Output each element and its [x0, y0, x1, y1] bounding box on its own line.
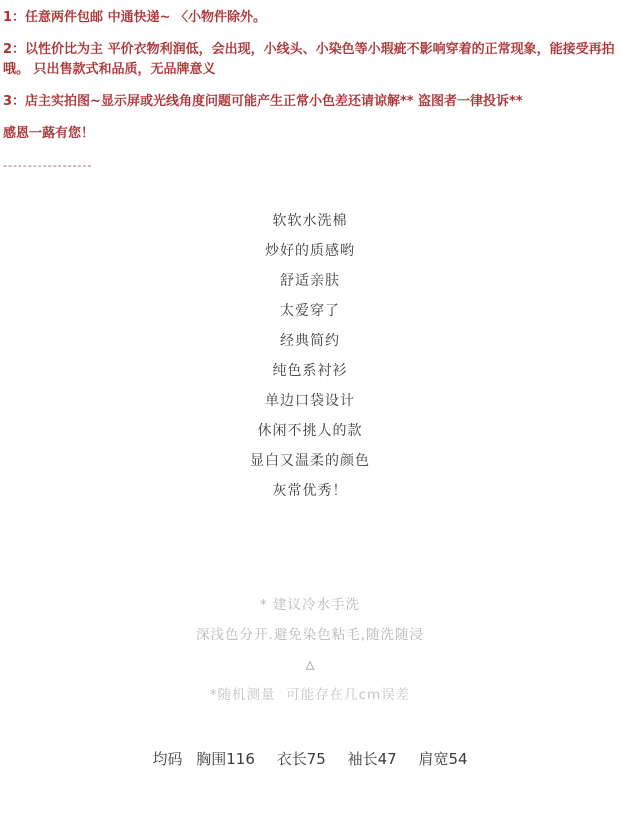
description-line-excellent: 灰常优秀！ — [0, 476, 620, 506]
seller-notice-thanks: 感恩一蕗有您！ — [3, 124, 617, 144]
description-line-casual: 休闲不挑人的款 — [0, 416, 620, 446]
description-line-comfort: 舒适亲肤 — [0, 266, 620, 296]
care-wash-line: * 建议冷水手洗 — [0, 590, 620, 620]
product-detail-page: 1：任意两件包邮 中通快递~ 〈小物件除外。 2：以性价比为主 平价衣物利润低，… — [0, 0, 620, 770]
care-separate-line: 深浅色分开.避免染色粘毛,随洗随浸 — [0, 620, 620, 650]
size-label: 均码 — [152, 750, 182, 768]
seller-notice-color-difference: 3：店主实拍图~显示屏或光线角度问题可能产生正常小色差还请谅解** 盗图者一律投… — [3, 92, 617, 112]
size-measurements: 均码 胸围116 衣长75 袖长47 肩宽54 — [0, 748, 620, 770]
seller-notice-quality: 2：以性价比为主 平价衣物利润低，会出现，小线头、小染色等小瑕疵不影响穿着的正常… — [3, 40, 617, 80]
description-line-fabric: 软软水洗棉 — [0, 206, 620, 236]
description-line-color-tone: 显白又温柔的颜色 — [0, 446, 620, 476]
description-line-pocket: 单边口袋设计 — [0, 386, 620, 416]
size-chest: 胸围116 — [196, 750, 255, 768]
seller-notice-section: 1：任意两件包邮 中通快递~ 〈小物件除外。 2：以性价比为主 平价衣物利润低，… — [0, 0, 620, 176]
care-instructions-section: * 建议冷水手洗 深浅色分开.避免染色粘毛,随洗随浸 △ *随机测量 可能存在几… — [0, 590, 620, 710]
size-shoulder: 肩宽54 — [418, 750, 467, 768]
product-description-section: 软软水洗棉 炒好的质感哟 舒适亲肤 太爱穿了 经典简约 纯色系衬衫 单边口袋设计… — [0, 206, 620, 506]
description-line-texture: 炒好的质感哟 — [0, 236, 620, 266]
description-line-solid-color: 纯色系衬衫 — [0, 356, 620, 386]
size-length: 衣长75 — [277, 750, 326, 768]
size-sleeve: 袖长47 — [348, 750, 397, 768]
dashed-divider: ------------------ — [3, 156, 617, 176]
triangle-icon: △ — [0, 650, 620, 680]
seller-notice-shipping: 1：任意两件包邮 中通快递~ 〈小物件除外。 — [3, 8, 617, 28]
measurement-note: *随机测量 可能存在几cm误差 — [0, 680, 620, 710]
description-line-love: 太爱穿了 — [0, 296, 620, 326]
description-line-classic: 经典简约 — [0, 326, 620, 356]
